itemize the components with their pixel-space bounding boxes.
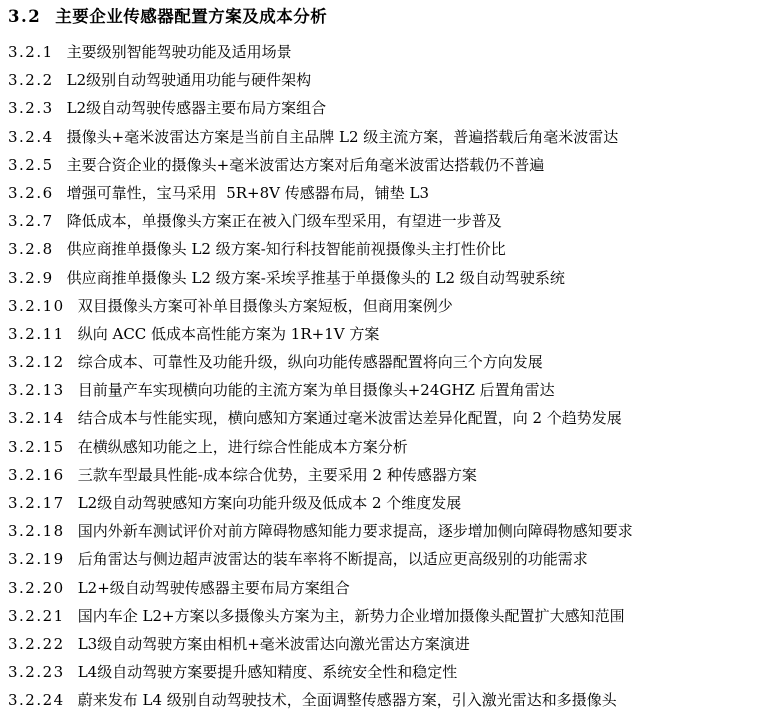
toc-item-number: 3.2.4 xyxy=(8,128,54,146)
toc-item-number: 3.2.18 xyxy=(8,522,65,540)
toc-item-number: 3.2.1 xyxy=(8,43,54,61)
toc-item-text: 国内车企 L2+方案以多摄像头方案为主，新势力企业增加摄像头配置扩大感知范围 xyxy=(78,607,625,625)
toc-item-text: 国内外新车测试评价对前方障碍物感知能力要求提高，逐步增加侧向障碍物感知要求 xyxy=(78,522,633,540)
toc-item-text: L2级别自动驾驶通用功能与硬件架构 xyxy=(67,71,312,89)
toc-item-text: 目前量产车实现横向功能的主流方案为单目摄像头+24GHZ 后置角雷达 xyxy=(78,381,555,399)
toc-item: 3.2.5主要合资企业的摄像头+毫米波雷达方案对后角毫米波雷达搭载仍不普遍 xyxy=(8,151,764,179)
section-heading-text: 主要企业传感器配置方案及成本分析 xyxy=(55,7,327,26)
toc-item-text: 后角雷达与侧边超声波雷达的装车率将不断提高，以适应更高级别的功能需求 xyxy=(78,550,588,568)
toc-item: 3.2.14结合成本与性能实现，横向感知方案通过毫米波雷达差异化配置，向 2 个… xyxy=(8,404,764,432)
toc-item: 3.2.1主要级别智能驾驶功能及适用场景 xyxy=(8,38,764,66)
toc-item-text: 纵向 ACC 低成本高性能方案为 1R+1V 方案 xyxy=(78,325,380,343)
toc-item-number: 3.2.12 xyxy=(8,353,65,371)
toc-item-number: 3.2.15 xyxy=(8,438,65,456)
section-heading-number: 3.2 xyxy=(8,7,41,26)
toc-item-text: 增强可靠性，宝马采用 5R+8V 传感器布局，铺垫 L3 xyxy=(67,184,429,202)
toc-item-number: 3.2.7 xyxy=(8,212,54,230)
toc-item: 3.2.19后角雷达与侧边超声波雷达的装车率将不断提高，以适应更高级别的功能需求 xyxy=(8,545,764,573)
toc-item-number: 3.2.2 xyxy=(8,71,54,89)
toc-item-text: 三款车型最具性能-成本综合优势，主要采用 2 种传感器方案 xyxy=(78,466,477,484)
toc-item: 3.2.2L2级别自动驾驶通用功能与硬件架构 xyxy=(8,66,764,94)
toc-item-number: 3.2.8 xyxy=(8,240,54,258)
toc-item-number: 3.2.20 xyxy=(8,579,65,597)
toc-item: 3.2.21国内车企 L2+方案以多摄像头方案为主，新势力企业增加摄像头配置扩大… xyxy=(8,602,764,630)
toc-item-text: 降低成本，单摄像头方案正在被入门级车型采用，有望进一步普及 xyxy=(67,212,502,230)
toc-item-number: 3.2.11 xyxy=(8,325,65,343)
toc-item-number: 3.2.3 xyxy=(8,99,54,117)
toc-item-number: 3.2.24 xyxy=(8,691,65,709)
toc-item: 3.2.11纵向 ACC 低成本高性能方案为 1R+1V 方案 xyxy=(8,320,764,348)
toc-item-number: 3.2.6 xyxy=(8,184,54,202)
toc-item-number: 3.2.16 xyxy=(8,466,65,484)
toc-item: 3.2.8供应商推单摄像头 L2 级方案-知行科技智能前视摄像头主打性价比 xyxy=(8,235,764,263)
toc-item-text: 双目摄像头方案可补单目摄像头方案短板，但商用案例少 xyxy=(78,297,453,315)
toc-item: 3.2.17L2级自动驾驶感知方案向功能升级及低成本 2 个维度发展 xyxy=(8,489,764,517)
toc-item-text: 蔚来发布 L4 级别自动驾驶技术，全面调整传感器方案，引入激光雷达和多摄像头 xyxy=(78,691,617,709)
document-page: 3.2主要企业传感器配置方案及成本分析 3.2.1主要级别智能驾驶功能及适用场景… xyxy=(0,0,772,710)
toc-item-text: 结合成本与性能实现，横向感知方案通过毫米波雷达差异化配置，向 2 个趋势发展 xyxy=(78,409,622,427)
toc-item: 3.2.15在横纵感知功能之上，进行综合性能成本方案分析 xyxy=(8,433,764,461)
toc-item: 3.2.18国内外新车测试评价对前方障碍物感知能力要求提高，逐步增加侧向障碍物感… xyxy=(8,517,764,545)
toc-item-text: L2级自动驾驶传感器主要布局方案组合 xyxy=(67,99,327,117)
toc-item-text: L2级自动驾驶感知方案向功能升级及低成本 2 个维度发展 xyxy=(78,494,462,512)
toc-item-number: 3.2.22 xyxy=(8,635,65,653)
toc-item: 3.2.10双目摄像头方案可补单目摄像头方案短板，但商用案例少 xyxy=(8,292,764,320)
toc-item: 3.2.20L2+级自动驾驶传感器主要布局方案组合 xyxy=(8,574,764,602)
toc-item: 3.2.4摄像头+毫米波雷达方案是当前自主品牌 L2 级主流方案，普遍搭载后角毫… xyxy=(8,123,764,151)
toc-item-text: 主要级别智能驾驶功能及适用场景 xyxy=(67,43,292,61)
toc-item-text: L2+级自动驾驶传感器主要布局方案组合 xyxy=(78,579,350,597)
toc-item-number: 3.2.17 xyxy=(8,494,65,512)
toc-item-text: 综合成本、可靠性及功能升级，纵向功能传感器配置将向三个方向发展 xyxy=(78,353,543,371)
toc-item: 3.2.13目前量产车实现横向功能的主流方案为单目摄像头+24GHZ 后置角雷达 xyxy=(8,376,764,404)
toc-item-text: 供应商推单摄像头 L2 级方案-采埃孚推基于单摄像头的 L2 级自动驾驶系统 xyxy=(67,269,565,287)
toc-item-number: 3.2.14 xyxy=(8,409,65,427)
toc-item: 3.2.9供应商推单摄像头 L2 级方案-采埃孚推基于单摄像头的 L2 级自动驾… xyxy=(8,264,764,292)
subsection-list: 3.2.1主要级别智能驾驶功能及适用场景 3.2.2L2级别自动驾驶通用功能与硬… xyxy=(8,38,764,710)
toc-item-number: 3.2.10 xyxy=(8,297,65,315)
toc-item: 3.2.23L4级自动驾驶方案要提升感知精度、系统安全性和稳定性 xyxy=(8,658,764,686)
toc-item-number: 3.2.9 xyxy=(8,269,54,287)
toc-item: 3.2.7降低成本，单摄像头方案正在被入门级车型采用，有望进一步普及 xyxy=(8,207,764,235)
toc-item-text: L3级自动驾驶方案由相机+毫米波雷达向激光雷达方案演进 xyxy=(78,635,470,653)
toc-item: 3.2.16三款车型最具性能-成本综合优势，主要采用 2 种传感器方案 xyxy=(8,461,764,489)
section-heading: 3.2主要企业传感器配置方案及成本分析 xyxy=(8,6,764,28)
toc-item-text: L4级自动驾驶方案要提升感知精度、系统安全性和稳定性 xyxy=(78,663,458,681)
toc-item-number: 3.2.21 xyxy=(8,607,65,625)
toc-item-text: 在横纵感知功能之上，进行综合性能成本方案分析 xyxy=(78,438,408,456)
toc-item: 3.2.22L3级自动驾驶方案由相机+毫米波雷达向激光雷达方案演进 xyxy=(8,630,764,658)
toc-item: 3.2.12综合成本、可靠性及功能升级，纵向功能传感器配置将向三个方向发展 xyxy=(8,348,764,376)
toc-item-text: 供应商推单摄像头 L2 级方案-知行科技智能前视摄像头主打性价比 xyxy=(67,240,506,258)
toc-item-number: 3.2.19 xyxy=(8,550,65,568)
toc-item-number: 3.2.23 xyxy=(8,663,65,681)
toc-item-text: 摄像头+毫米波雷达方案是当前自主品牌 L2 级主流方案，普遍搭载后角毫米波雷达 xyxy=(67,128,619,146)
toc-item: 3.2.6增强可靠性，宝马采用 5R+8V 传感器布局，铺垫 L3 xyxy=(8,179,764,207)
toc-item: 3.2.24蔚来发布 L4 级别自动驾驶技术，全面调整传感器方案，引入激光雷达和… xyxy=(8,686,764,710)
toc-item: 3.2.3L2级自动驾驶传感器主要布局方案组合 xyxy=(8,94,764,122)
toc-item-number: 3.2.13 xyxy=(8,381,65,399)
toc-item-number: 3.2.5 xyxy=(8,156,54,174)
toc-item-text: 主要合资企业的摄像头+毫米波雷达方案对后角毫米波雷达搭载仍不普遍 xyxy=(67,156,545,174)
